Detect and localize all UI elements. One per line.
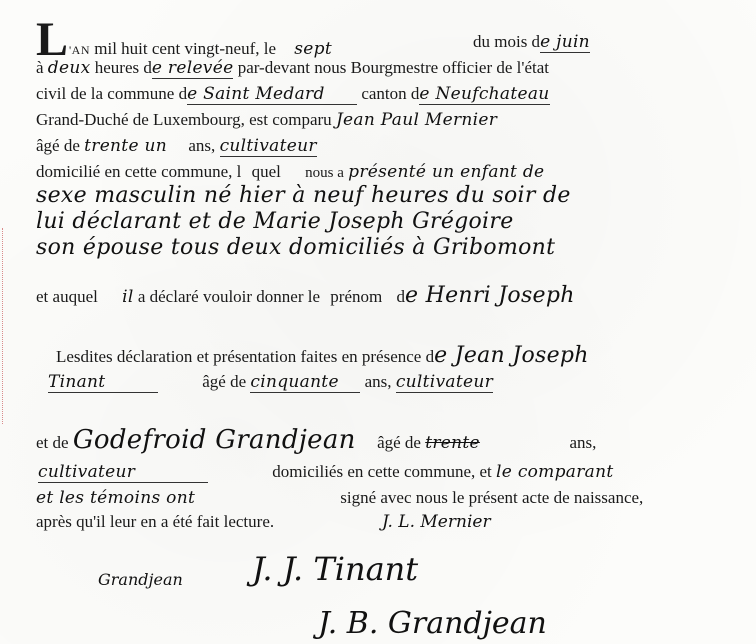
handwritten-age: trente un [84,136,184,156]
printed-text: prénom [330,287,382,306]
smallcaps-an: 'AN [69,43,90,57]
printed-text: âgé de [202,372,246,391]
printed-text: à [36,58,44,77]
handwritten-canton: e Neufchateau [419,84,549,105]
printed-text: signé avec nous le présent acte de naiss… [340,488,643,507]
line-15: et les témoins ont signé avec nous le pr… [36,488,643,508]
handwritten-witness1-surname: Tinant [48,372,158,393]
handwritten-witness1-profession: cultivateur [396,372,493,393]
line-9-handwritten: son épouse tous deux domiciliés à Gribom… [36,238,555,258]
line-4: Grand-Duché de Luxembourg, est comparu J… [36,110,497,130]
printed-text: quel [252,162,281,181]
line-3: civil de la commune de Saint Medard cant… [36,84,550,105]
handwritten-declarant-name: Jean Paul Mernier [336,110,497,130]
printed-text: civil de la commune d [36,84,187,103]
handwritten-day: sept [294,39,332,59]
handwritten-comparant: le comparant [496,462,613,482]
handwritten-time: e relevée [152,58,234,79]
printed-text: ans, [569,433,596,452]
line-5: âgé de trente un ans, cultivateur [36,136,317,156]
signature-grandjean: Grandjean [98,570,183,589]
handwritten-temoins: et les témoins ont [36,488,296,508]
line-7-handwritten: sexe masculin né hier à neuf heures du s… [36,186,571,206]
printed-text: âgé de [36,136,80,155]
printed-text: domicilié en cette commune, l [36,162,241,181]
handwritten-child-name: e Henri Joseph [405,283,575,308]
printed-text: domiciliés en cette commune, et [272,462,492,481]
line-16: après qu'il leur en a été fait lecture. [36,512,274,532]
handwritten-witness1-first: e Jean Joseph [434,343,589,368]
line-14: cultivateur domiciliés en cette commune,… [38,462,613,483]
printed-text: ans, [365,372,392,391]
handwritten-hour: deux [48,58,91,78]
printed-text: Lesdites déclaration et présentation fai… [56,347,434,366]
line-13: et de Godefroid Grandjean âgé de trente … [36,430,596,453]
printed-text: heures d [95,58,152,77]
printed-text: a déclaré vouloir donner le [138,287,320,306]
printed-text: nous a [305,165,344,181]
handwritten-witness2-age: trente [425,433,565,453]
handwritten-month: e juin [540,32,590,53]
printed-text: mil huit cent vingt-neuf, le [94,39,276,58]
handwritten-witness1-age: cinquante [250,372,360,393]
printed-text: par-devant nous Bourgmestre officier de … [238,58,549,77]
line-12: Tinant âgé de cinquante ans, cultivateur [48,372,493,393]
line-8-handwritten: lui déclarant et de Marie Joseph Grégoir… [36,212,514,232]
signature-tinant: J. J. Tinant [252,550,418,588]
handwritten-witness2-profession: cultivateur [38,462,208,483]
printed-text: canton d [361,84,419,103]
printed-text: Grand-Duché de Luxembourg, est comparu [36,110,332,129]
signature-declarant: J. L. Mernier [382,512,491,532]
handwritten-commune: e Saint Medard [187,84,357,105]
line-1: L'AN mil huit cent vingt-neuf, le sept [36,20,332,60]
handwritten-witness2-name: Godefroid Grandjean [73,430,373,450]
printed-text: ans, [188,136,215,155]
line-2: à deux heures de relevée par-devant nous… [36,58,549,78]
printed-text: du mois d [473,32,540,51]
handwritten-text: présenté un enfant de [348,162,544,182]
printed-text: et de [36,433,69,452]
line-10: et auquel il a déclaré vouloir donner le… [36,286,575,307]
line-6: domicilié en cette commune, l quel nous … [36,162,544,183]
printed-text: âgé de [377,433,421,452]
margin-dotted-line [2,228,3,424]
line-1b: du mois de juin [473,32,590,52]
drop-cap: L [36,20,68,60]
printed-text: et auquel [36,287,98,306]
signature-jb-grandjean: J. B. Grandjean [318,606,547,641]
birth-certificate-page: L'AN mil huit cent vingt-neuf, le sept d… [0,0,756,644]
printed-text: d [396,287,405,306]
handwritten-il: il [122,287,133,307]
handwritten-profession: cultivateur [220,136,317,157]
printed-text: après qu'il leur en a été fait lecture. [36,512,274,531]
line-11: Lesdites déclaration et présentation fai… [56,346,589,367]
